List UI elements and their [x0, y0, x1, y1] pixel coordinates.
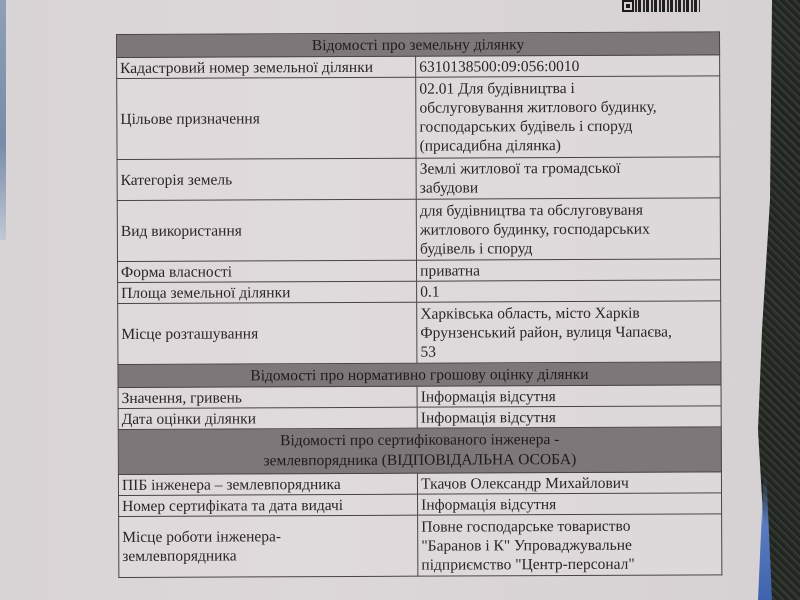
row-value-plot-area: 0.1	[417, 280, 721, 302]
table-row: Місце роботи інженера- землевпорядника П…	[119, 514, 722, 578]
table-row: ПІБ інженера – землевпорядника Ткачов Ол…	[118, 472, 721, 496]
table-row: Кадастровий номер земельної ділянки 6310…	[117, 55, 720, 79]
table-row: Вид використання для будівництва та обсл…	[117, 198, 720, 262]
row-label-engineer-name: ПІБ інженера – землевпорядника	[118, 473, 417, 495]
row-value-certificate: Інформація відсутня	[418, 493, 722, 515]
section-title: Відомості про сертифікованого інженера -…	[118, 427, 721, 475]
row-label-purpose: Цільове призначення	[117, 77, 416, 159]
row-label-ownership-form: Форма власності	[117, 260, 416, 282]
row-label-value-uah: Значення, гривень	[118, 386, 417, 408]
row-label-cadastral-number: Кадастровий номер земельної ділянки	[117, 56, 416, 78]
section-header-valuation: Відомості про нормативно грошову оцінку …	[118, 362, 721, 388]
page-edge-shadow	[0, 0, 6, 240]
row-value-value-uah: Інформація відсутня	[417, 385, 721, 407]
table-row: Значення, гривень Інформація відсутня	[118, 385, 721, 409]
table-row: Категорія земель Землі житлової та грома…	[117, 157, 720, 201]
row-value-cadastral-number: 6310138500:09:056:0010	[416, 55, 720, 77]
row-value-engineer-name: Ткачов Олександр Михайлович	[418, 472, 722, 494]
section-title: Відомості про земельну ділянку	[117, 32, 720, 58]
row-label-usage-type: Вид використання	[117, 199, 416, 261]
table-row: Площа земельної ділянки 0.1	[118, 280, 721, 304]
row-value-usage-type: для будівництва та обслуговуваня житлово…	[416, 198, 720, 260]
row-label-land-category: Категорія земель	[117, 158, 416, 200]
land-plot-extract-table: Відомості про земельну ділянку Кадастров…	[116, 31, 722, 578]
table-row: Форма власності приватна	[117, 259, 720, 283]
row-label-plot-area: Площа земельної ділянки	[118, 281, 417, 303]
row-label-certificate: Номер сертифіката та дата видачі	[119, 494, 418, 516]
table-row: Дата оцінки ділянки Інформація відсутня	[118, 406, 721, 430]
row-value-workplace: Повне господарське товариство "Баранов і…	[418, 514, 722, 576]
row-value-valuation-date: Інформація відсутня	[417, 406, 721, 428]
row-label-location: Місце розташування	[118, 302, 417, 364]
section-title: Відомості про нормативно грошову оцінку …	[118, 362, 721, 388]
table-row: Номер сертифіката та дата видачі Інформа…	[119, 493, 722, 517]
row-value-land-category: Землі житлової та громадської забудови	[416, 157, 720, 199]
row-value-location: Харківська область, місто Харків Фрунзен…	[417, 301, 721, 363]
table-row: Місце розташування Харківська область, м…	[118, 301, 721, 365]
row-value-purpose: 02.01 Для будівництва і обслуговування ж…	[416, 76, 720, 158]
section-header-land-plot: Відомості про земельну ділянку	[117, 32, 720, 58]
row-label-workplace: Місце роботи інженера- землевпорядника	[119, 515, 418, 577]
row-value-ownership-form: приватна	[417, 259, 721, 281]
table-row: Цільове призначення 02.01 Для будівництв…	[117, 76, 720, 160]
section-header-engineer: Відомості про сертифікованого інженера -…	[118, 427, 721, 475]
qr-finder-icon	[622, 0, 634, 12]
row-label-valuation-date: Дата оцінки ділянки	[118, 407, 417, 429]
